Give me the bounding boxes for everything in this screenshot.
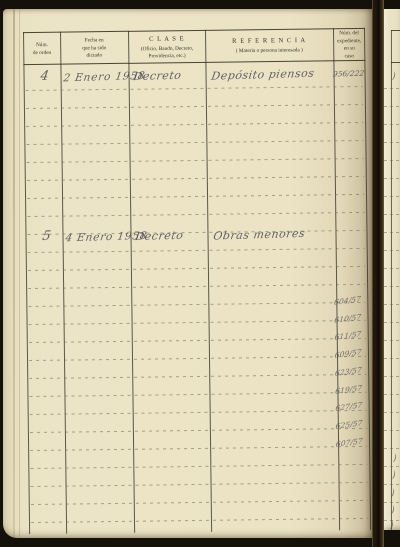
ruled-line <box>384 286 400 287</box>
page-edge-line <box>19 9 20 538</box>
ruled-line <box>29 356 366 361</box>
ruled-line <box>27 176 364 181</box>
expediente-number: 627/57 <box>335 401 363 413</box>
ruled-line <box>384 268 400 269</box>
expediente-number: 610/57 <box>334 312 362 324</box>
ledger-right-page-sliver <box>384 9 400 530</box>
ruled-line <box>384 196 400 197</box>
scanned-register-book: Núm. de orden Fecha en que ha sido dicta… <box>0 0 400 547</box>
ruled-line <box>384 88 400 89</box>
header-clase-sub: (Oficio, Bando, Decreto, Providencia, et… <box>129 44 205 60</box>
ruled-line <box>29 338 366 343</box>
header-clase-title: C L A S E <box>128 34 204 45</box>
expediente-number: 604/57 <box>334 294 362 306</box>
ruled-line <box>28 266 365 271</box>
table-top-border <box>391 30 400 31</box>
ruled-line <box>384 304 400 305</box>
ruled-line <box>30 464 367 469</box>
ruled-line <box>384 250 400 251</box>
expediente-number: 611/57 <box>334 330 362 342</box>
ruled-line <box>28 302 365 307</box>
ruled-line <box>29 392 366 397</box>
ruled-line <box>384 322 400 323</box>
header-bottom-border <box>391 62 400 63</box>
header-expediente: Núm. del expediente, en su caso <box>333 29 365 60</box>
ruled-line <box>29 320 366 325</box>
ruled-line <box>384 178 400 179</box>
ruled-line <box>384 358 400 359</box>
ruled-line <box>26 104 363 109</box>
header-num-orden: Núm. de orden <box>23 33 60 64</box>
header-referencia-sub: ( Materia o persona interesada ) <box>206 46 333 55</box>
ruled-line <box>30 428 367 433</box>
ruled-line <box>384 430 400 431</box>
handwriting-fragment <box>388 469 396 479</box>
ruled-line <box>384 376 400 377</box>
ruled-line <box>31 518 368 523</box>
ruled-line <box>384 466 400 467</box>
handwriting-fragment <box>389 452 397 462</box>
ruled-line <box>384 340 400 341</box>
header-referencia: R E F E R E N C I A ( Materia o persona … <box>205 29 333 62</box>
ruled-line <box>384 106 400 107</box>
entry-expediente: 956/222 <box>332 69 365 79</box>
ruled-line <box>26 140 363 145</box>
entry-clase: Decreto <box>134 229 184 243</box>
register-table: Núm. de orden Fecha en que ha sido dicta… <box>23 28 371 534</box>
ruled-line <box>384 232 400 233</box>
handwriting-fragment <box>387 504 395 514</box>
ruled-line <box>31 500 368 505</box>
header-clase: C L A S E (Oficio, Bando, Decreto, Provi… <box>128 31 205 63</box>
ruled-line <box>384 502 400 503</box>
ruled-line <box>384 142 400 143</box>
ruled-line <box>27 194 364 199</box>
header-num-orden-label: Núm. de orden <box>23 40 60 56</box>
ruled-line <box>384 448 400 449</box>
entry-clase: Decreto <box>133 69 183 83</box>
handwriting-fragment <box>387 487 395 497</box>
entry-num: 4 <box>30 68 58 84</box>
ruled-line <box>384 394 400 395</box>
ruled-line <box>31 482 368 487</box>
ruled-line <box>30 446 367 451</box>
ruled-line <box>27 158 364 163</box>
expediente-number: 609/57 <box>334 347 362 359</box>
ruled-line <box>28 248 365 253</box>
ruled-line <box>27 212 364 217</box>
ruled-line <box>26 122 363 127</box>
header-fecha: Fecha en que ha sido dictado <box>60 32 128 64</box>
ruled-line <box>384 214 400 215</box>
ruled-line <box>28 284 365 289</box>
header-fecha-label: Fecha en que ha sido dictado <box>60 36 128 60</box>
ruled-line <box>384 124 400 125</box>
expediente-number: 619/57 <box>335 383 363 395</box>
ruled-line <box>384 412 400 413</box>
entry-referencia: Obras menores <box>212 227 306 243</box>
expediente-number: 623/57 <box>335 365 363 377</box>
handwriting-fragment <box>388 70 396 80</box>
ruled-line <box>26 86 363 91</box>
entry-referencia: Depósito piensos <box>210 67 315 83</box>
ruled-line <box>384 484 400 485</box>
handwriting-fragment <box>386 519 394 529</box>
ruled-line <box>29 374 366 379</box>
ruled-line <box>384 160 400 161</box>
header-expediente-label: Núm. del expediente, en su caso <box>333 29 365 60</box>
entry-num: 5 <box>32 228 60 244</box>
book-gutter-shadow <box>372 0 384 547</box>
page-edge-line <box>13 9 15 538</box>
ruled-line <box>30 410 367 415</box>
